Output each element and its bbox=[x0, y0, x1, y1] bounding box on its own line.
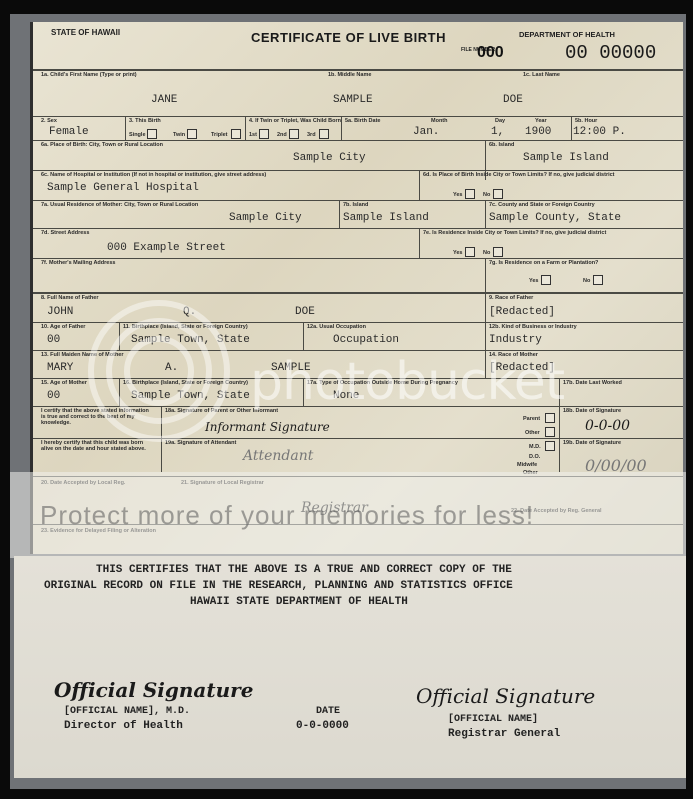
label-county-state: 7c. County and State or Foreign Country bbox=[489, 202, 595, 208]
issue-date-label: DATE bbox=[316, 706, 340, 717]
residence-inside-yes-checkbox[interactable] bbox=[465, 247, 475, 257]
label-farm: 7g. Is Residence on a Farm or Plantation… bbox=[489, 260, 598, 266]
county-state: Sample County, State bbox=[489, 212, 621, 224]
watermark-brand: photobucket bbox=[250, 352, 564, 412]
issue-date: 0-0-0000 bbox=[296, 720, 349, 732]
label-attendant-signature: 19a. Signature of Attendant bbox=[165, 440, 236, 446]
label-father-occupation: 12a. Usual Occupation bbox=[307, 324, 366, 330]
divider bbox=[485, 322, 486, 350]
divider bbox=[419, 228, 420, 258]
mother-age: 00 bbox=[47, 390, 60, 402]
father-industry: Industry bbox=[489, 334, 542, 346]
label-second: 2nd bbox=[277, 132, 287, 138]
label-twin-order: 4. If Twin or Triplet, Was Child Born bbox=[249, 118, 341, 124]
attendant-signature: Attendant bbox=[243, 448, 313, 464]
certificate-number: 00 00000 bbox=[565, 42, 656, 64]
certification-line-3: HAWAII STATE DEPARTMENT OF HEALTH bbox=[190, 596, 408, 608]
label-single: Single bbox=[129, 132, 146, 138]
label-yes: Yes bbox=[453, 192, 462, 198]
label-mother-residence: 7a. Usual Residence of Mother: City, Tow… bbox=[41, 202, 198, 208]
father-first-name: JOHN bbox=[47, 306, 73, 318]
certificate-title: CERTIFICATE OF LIVE BIRTH bbox=[251, 30, 446, 45]
label-sex: 2. Sex bbox=[41, 118, 57, 124]
label-do: D.O. bbox=[529, 454, 540, 460]
label-parent: Parent bbox=[523, 416, 540, 422]
label-date-last-worked: 17b. Date Last Worked bbox=[563, 380, 622, 386]
divider bbox=[341, 116, 342, 140]
divider bbox=[33, 258, 683, 259]
birth-inside-no-checkbox[interactable] bbox=[493, 189, 503, 199]
divider bbox=[485, 258, 486, 292]
label-inside-city: 6d. Is Place of Birth Inside City or Tow… bbox=[423, 172, 615, 178]
divider bbox=[33, 170, 683, 171]
single-checkbox[interactable] bbox=[147, 129, 157, 139]
other-checkbox[interactable] bbox=[545, 427, 555, 437]
divider bbox=[33, 438, 683, 439]
label-no: No bbox=[483, 250, 490, 256]
label-signature-date: 18b. Date of Signature bbox=[563, 408, 621, 414]
label-father-name: 8. Full Name of Father bbox=[41, 295, 98, 301]
birth-hour: 12:00 P. bbox=[573, 126, 626, 138]
hospital-name: Sample General Hospital bbox=[47, 182, 199, 194]
registrar-signature: Official Signature bbox=[416, 684, 595, 708]
label-month: Month bbox=[431, 118, 448, 124]
place-island: Sample Island bbox=[523, 152, 609, 164]
certification-section: THIS CERTIFIES THAT THE ABOVE IS A TRUE … bbox=[14, 556, 686, 778]
birth-month: Jan. bbox=[413, 126, 439, 138]
certification-line-2: ORIGINAL RECORD ON FILE IN THE RESEARCH,… bbox=[44, 580, 513, 592]
father-race: [Redacted] bbox=[489, 306, 555, 318]
label-child-last: 1c. Last Name bbox=[523, 72, 560, 78]
label-residence-inside: 7e. Is Residence Inside City or Town Lim… bbox=[423, 230, 606, 236]
street-address: 000 Example Street bbox=[107, 242, 226, 254]
director-title: Director of Health bbox=[64, 720, 183, 732]
registrar-name: [OFFICIAL NAME] bbox=[448, 714, 538, 725]
birth-inside-yes-checkbox[interactable] bbox=[465, 189, 475, 199]
label-this-birth: 3. This Birth bbox=[129, 118, 161, 124]
md-checkbox[interactable] bbox=[545, 441, 555, 451]
residence-inside-no-checkbox[interactable] bbox=[493, 247, 503, 257]
label-birth-date: 5a. Birth Date bbox=[345, 118, 380, 124]
divider bbox=[33, 200, 683, 201]
label-father-industry: 12b. Kind of Business or Industry bbox=[489, 324, 577, 330]
state-heading: STATE OF HAWAII bbox=[51, 28, 120, 37]
twin-checkbox[interactable] bbox=[187, 129, 197, 139]
director-signature: Official Signature bbox=[54, 678, 253, 702]
label-street: 7d. Street Address bbox=[41, 230, 89, 236]
divider bbox=[485, 200, 486, 228]
divider bbox=[33, 228, 683, 229]
divider bbox=[571, 116, 572, 140]
label-md: M.D. bbox=[529, 444, 541, 450]
divider bbox=[419, 170, 420, 200]
first-checkbox[interactable] bbox=[259, 129, 269, 139]
watermark-logo-icon bbox=[124, 336, 194, 406]
father-occupation: Occupation bbox=[333, 334, 399, 346]
label-yes: Yes bbox=[529, 278, 538, 284]
registrar-title: Registrar General bbox=[448, 728, 560, 740]
informant-signature: Informant Signature bbox=[205, 420, 330, 434]
label-yes: Yes bbox=[453, 250, 462, 256]
divider bbox=[485, 292, 486, 322]
label-father-age: 10. Age of Father bbox=[41, 324, 85, 330]
divider bbox=[559, 406, 560, 472]
farm-yes-checkbox[interactable] bbox=[541, 275, 551, 285]
label-child-middle: 1b. Middle Name bbox=[328, 72, 371, 78]
label-first: 1st bbox=[249, 132, 257, 138]
certification-line-1: THIS CERTIFIES THAT THE ABOVE IS A TRUE … bbox=[96, 564, 512, 576]
label-mailing: 7f. Mother's Mailing Address bbox=[41, 260, 115, 266]
director-name: [OFFICIAL NAME], M.D. bbox=[64, 706, 190, 717]
label-third: 3rd bbox=[307, 132, 316, 138]
child-first-name: JANE bbox=[151, 94, 177, 106]
divider bbox=[33, 69, 683, 71]
label-place-island: 6b. Island bbox=[489, 142, 514, 148]
label-attendant-date: 19b. Date of Signature bbox=[563, 440, 621, 446]
label-hospital: 6c. Name of Hospital or Institution (If … bbox=[41, 172, 266, 178]
informant-signature-date: 0-0-00 bbox=[585, 418, 630, 434]
label-mother-age: 15. Age of Mother bbox=[41, 380, 87, 386]
promo-text: Protect more of your memories for less! bbox=[40, 500, 534, 531]
label-mother-island: 7b. Island bbox=[343, 202, 368, 208]
divider bbox=[33, 116, 683, 117]
second-checkbox[interactable] bbox=[289, 129, 299, 139]
birth-year: 1900 bbox=[525, 126, 551, 138]
label-place-city: 6a. Place of Birth: City, Town or Rural … bbox=[41, 142, 163, 148]
label-father-race: 9. Race of Father bbox=[489, 295, 533, 301]
label-child-first: 1a. Child's First Name (Type or print) bbox=[41, 72, 137, 78]
label-year: Year bbox=[535, 118, 547, 124]
label-twin: Twin bbox=[173, 132, 185, 138]
divider bbox=[339, 200, 340, 228]
mother-first-name: MARY bbox=[47, 362, 73, 374]
label-hour: 5b. Hour bbox=[575, 118, 597, 124]
parent-checkbox[interactable] bbox=[545, 413, 555, 423]
birth-day: 1, bbox=[491, 126, 504, 138]
divider bbox=[303, 322, 304, 350]
label-other: Other bbox=[525, 430, 540, 436]
label-midwife: Midwife bbox=[517, 462, 537, 468]
mother-island: Sample Island bbox=[343, 212, 429, 224]
place-city: Sample City bbox=[293, 152, 366, 164]
department-heading: DEPARTMENT OF HEALTH bbox=[519, 30, 615, 39]
divider bbox=[245, 116, 246, 140]
farm-no-checkbox[interactable] bbox=[593, 275, 603, 285]
father-last-name: DOE bbox=[295, 306, 315, 318]
label-day: Day bbox=[495, 118, 505, 124]
triplet-checkbox[interactable] bbox=[231, 129, 241, 139]
divider bbox=[33, 140, 683, 141]
third-checkbox[interactable] bbox=[319, 129, 329, 139]
child-last-name: DOE bbox=[503, 94, 523, 106]
mother-city: Sample City bbox=[229, 212, 302, 224]
label-triplet: Triplet bbox=[211, 132, 228, 138]
child-middle-name: SAMPLE bbox=[333, 94, 373, 106]
father-age: 00 bbox=[47, 334, 60, 346]
sex-value: Female bbox=[49, 126, 89, 138]
label-no: No bbox=[583, 278, 590, 284]
label-no: No bbox=[483, 192, 490, 198]
attendant-certification: I hereby certify that this child was bor… bbox=[41, 440, 153, 452]
file-number: 000 bbox=[477, 44, 504, 62]
divider bbox=[33, 292, 683, 294]
divider bbox=[125, 116, 126, 140]
